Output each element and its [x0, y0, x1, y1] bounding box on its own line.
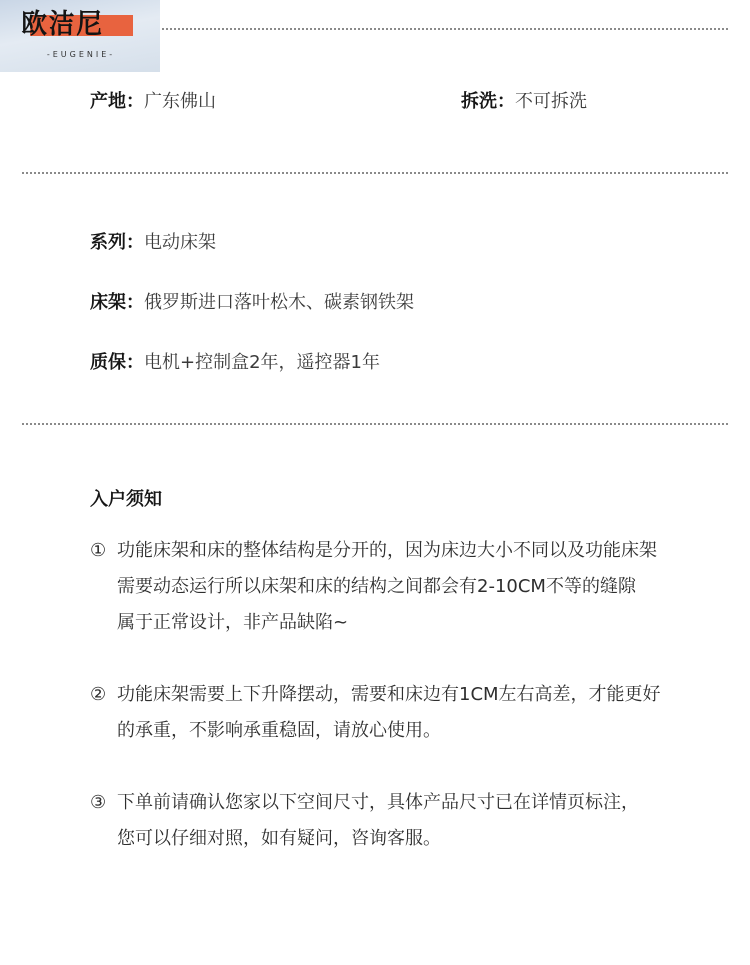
- spec-value: 不可拆洗: [515, 91, 587, 112]
- divider-1: [22, 172, 728, 174]
- spec-label: 质保：: [90, 352, 144, 373]
- notice-item-1: ① 功能床架和床的整体结构是分开的，因为床边大小不同以及功能床架 需要动态运行所…: [90, 533, 730, 641]
- notice-line: 功能床架需要上下升降摆动，需要和床边有1CM左右高差，才能更好: [90, 677, 730, 713]
- spec-value: 俄罗斯进口落叶松木、碳素钢铁架: [144, 292, 414, 313]
- circled-number-3: ③: [90, 785, 106, 821]
- circled-number-2: ②: [90, 677, 106, 713]
- divider-top: [162, 28, 728, 30]
- notice-line: 属于正常设计，非产品缺陷~: [90, 605, 730, 641]
- notice-line: 下单前请确认您家以下空间尺寸，具体产品尺寸已在详情页标注，: [90, 785, 730, 821]
- spec-warranty: 质保：电机+控制盒2年，遥控器1年: [90, 351, 380, 375]
- notice-line: 的承重，不影响承重稳固，请放心使用。: [90, 713, 730, 749]
- circled-number-1: ①: [90, 533, 106, 569]
- logo-chinese-name: 欧洁尼: [21, 8, 145, 42]
- notice-title: 入户须知: [90, 485, 162, 511]
- notice-line: 功能床架和床的整体结构是分开的，因为床边大小不同以及功能床架: [90, 533, 730, 569]
- spec-label: 系列：: [90, 232, 144, 253]
- notice-line: 需要动态运行所以床架和床的结构之间都会有2-10CM不等的缝隙: [90, 569, 730, 605]
- notice-item-2: ② 功能床架需要上下升降摆动，需要和床边有1CM左右高差，才能更好 的承重，不影…: [90, 677, 730, 749]
- divider-2: [22, 423, 728, 425]
- spec-label: 拆洗：: [461, 91, 515, 112]
- spec-frame: 床架：俄罗斯进口落叶松木、碳素钢铁架: [90, 291, 414, 315]
- spec-value: 电机+控制盒2年，遥控器1年: [144, 352, 380, 373]
- spec-label: 床架：: [90, 292, 144, 313]
- spec-origin: 产地：广东佛山: [90, 90, 216, 114]
- spec-label: 产地：: [90, 91, 144, 112]
- notice-line: 您可以仔细对照，如有疑问，咨询客服。: [90, 821, 730, 857]
- spec-series: 系列：电动床架: [90, 231, 216, 255]
- notice-item-3: ③ 下单前请确认您家以下空间尺寸，具体产品尺寸已在详情页标注， 您可以仔细对照，…: [90, 785, 730, 857]
- spec-value: 广东佛山: [144, 91, 216, 112]
- spec-washable: 拆洗：不可拆洗: [461, 90, 587, 114]
- brand-logo: 欧洁尼 -EUGENIE-: [0, 0, 160, 72]
- logo-english-name: -EUGENIE-: [36, 50, 126, 59]
- spec-value: 电动床架: [144, 232, 216, 253]
